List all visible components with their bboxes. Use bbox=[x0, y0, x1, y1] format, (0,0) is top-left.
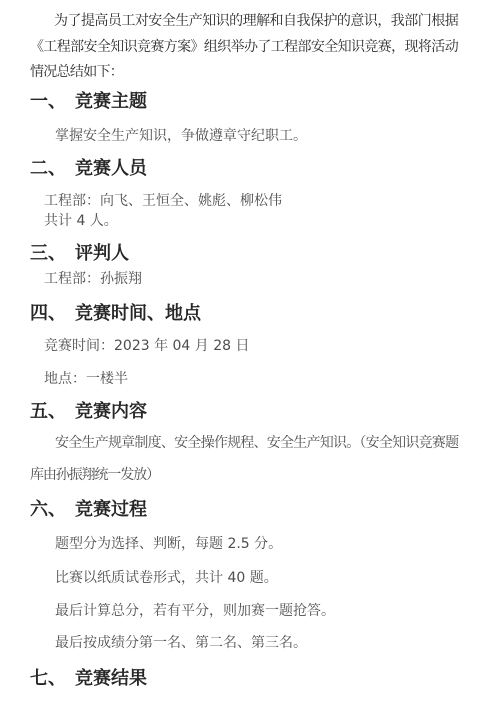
section-heading-7: 七、竞赛结果 bbox=[30, 668, 458, 690]
section-title: 评判人 bbox=[75, 243, 129, 264]
section-item: 题型分为选择、判断，每题 2.5 分。 bbox=[55, 534, 458, 554]
section-title: 竞赛内容 bbox=[75, 401, 147, 422]
intro-paragraph: 为了提高员工对安全生产知识的理解和自我保护的意识，我部门根据《工程部安全知识竞赛… bbox=[30, 9, 458, 86]
section-heading-5: 五、竞赛内容 bbox=[30, 401, 458, 423]
section-title: 竞赛时间、地点 bbox=[75, 303, 201, 324]
section-item: 最后计算总分，若有平分，则加赛一题抢答。 bbox=[55, 601, 458, 621]
section-number: 二、 bbox=[30, 158, 66, 179]
section-item: 共计 4 人。 bbox=[44, 211, 458, 231]
section-item: 竞赛时间：2023 年 04 月 28 日 bbox=[44, 336, 458, 356]
section-heading-1: 一、竞赛主题 bbox=[30, 91, 458, 113]
section-paragraph: 安全生产规章制度、安全操作规程、安全生产知识。（安全知识竞赛题库由孙振翔统一发放… bbox=[30, 428, 458, 491]
section-item: 最后按成绩分第一名、第二名、第三名。 bbox=[55, 633, 458, 653]
section-title: 竞赛主题 bbox=[75, 91, 147, 112]
document-page: 为了提高员工对安全生产知识的理解和自我保护的意识，我部门根据《工程部安全知识竞赛… bbox=[0, 0, 480, 708]
section-item: 比赛以纸质试卷形式，共计 40 题。 bbox=[55, 568, 458, 588]
section-number: 六、 bbox=[30, 499, 66, 520]
section-heading-2: 二、竞赛人员 bbox=[30, 158, 458, 180]
section-item: 工程部：向飞、王恒全、姚彪、柳松伟 bbox=[44, 191, 458, 211]
section-item: 地点：一楼半 bbox=[44, 369, 458, 389]
section-title: 竞赛过程 bbox=[75, 499, 147, 520]
section-heading-6: 六、竞赛过程 bbox=[30, 499, 458, 521]
section-number: 一、 bbox=[30, 91, 66, 112]
section-number: 五、 bbox=[30, 401, 66, 422]
section-heading-4: 四、竞赛时间、地点 bbox=[30, 303, 458, 325]
section-title: 竞赛人员 bbox=[75, 158, 147, 179]
section-title: 竞赛结果 bbox=[75, 668, 147, 689]
section-item: 工程部：孙振翔 bbox=[44, 269, 458, 289]
section-number: 七、 bbox=[30, 668, 66, 689]
section-number: 三、 bbox=[30, 243, 66, 264]
section-number: 四、 bbox=[30, 303, 66, 324]
section-heading-3: 三、评判人 bbox=[30, 243, 458, 265]
section-item: 掌握安全生产知识，争做遵章守纪职工。 bbox=[55, 126, 458, 146]
